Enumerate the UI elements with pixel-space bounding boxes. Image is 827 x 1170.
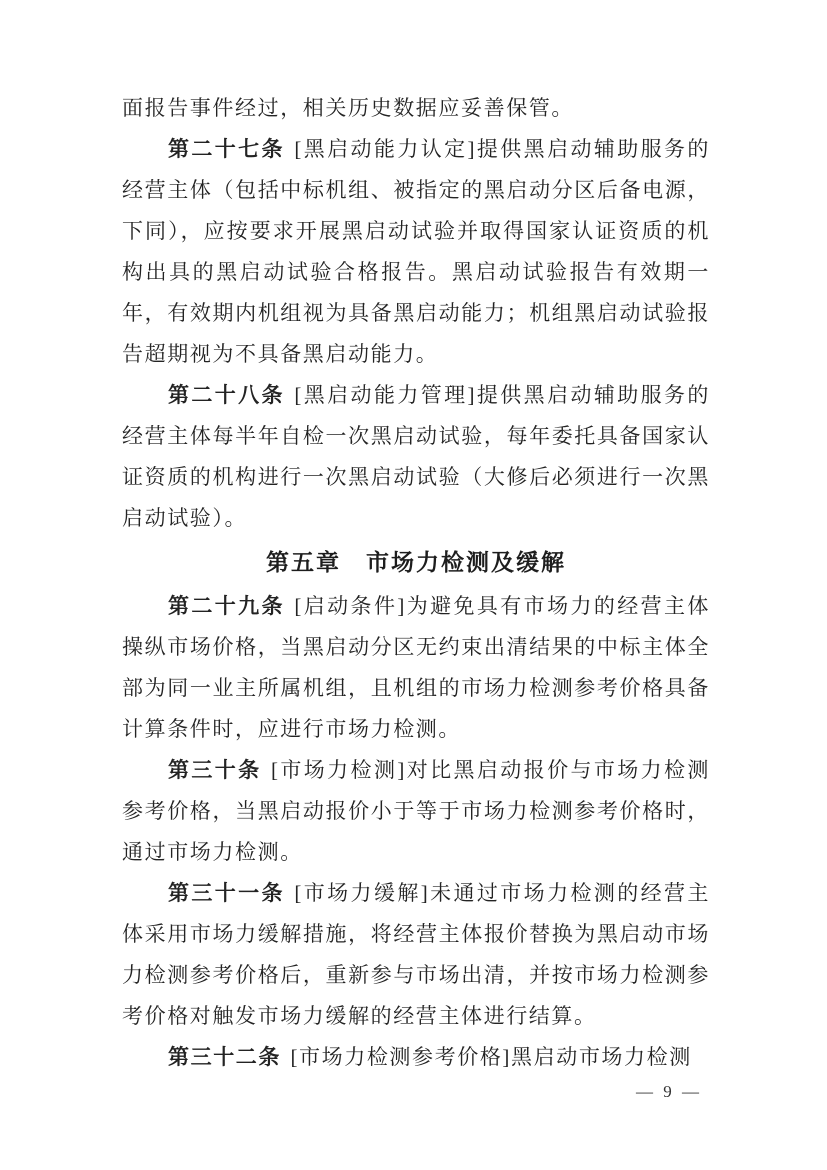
article-27-body: 提供黑启动辅助服务的经营主体（包括中标机组、被指定的黑启动分区后备电源，下同），…	[122, 137, 710, 366]
article-31-number: 第三十一条	[168, 881, 285, 905]
article-29-label: [启动条件]	[294, 594, 406, 618]
article-29-number: 第二十九条	[168, 594, 285, 618]
article-28: 第二十八条[黑启动能力管理]提供黑启动辅助服务的经营主体每半年自检一次黑启动试验…	[122, 375, 710, 539]
article-31-label: [市场力缓解]	[294, 881, 429, 905]
article-29: 第二十九条[启动条件]为避免具有市场力的经营主体操纵市场价格，当黑启动分区无约束…	[122, 586, 710, 750]
article-28-number: 第二十八条	[168, 383, 285, 407]
document-content: 面报告事件经过，相关历史数据应妥善保管。 第二十七条[黑启动能力认定]提供黑启动…	[122, 88, 710, 1078]
article-30-number: 第三十条	[168, 758, 262, 782]
article-27: 第二十七条[黑启动能力认定]提供黑启动辅助服务的经营主体（包括中标机组、被指定的…	[122, 129, 710, 375]
document-page: 面报告事件经过，相关历史数据应妥善保管。 第二十七条[黑启动能力认定]提供黑启动…	[0, 0, 827, 1170]
article-31: 第三十一条[市场力缓解]未通过市场力检测的经营主体采用市场力缓解措施，将经营主体…	[122, 873, 710, 1037]
article-30: 第三十条[市场力检测]对比黑启动报价与市场力检测参考价格，当黑启动报价小于等于市…	[122, 750, 710, 873]
chapter-heading: 第五章 市场力检测及缓解	[122, 543, 710, 584]
page-number: — 9 —	[636, 1082, 702, 1102]
article-27-number: 第二十七条	[168, 137, 285, 161]
continuation-paragraph: 面报告事件经过，相关历史数据应妥善保管。	[122, 88, 710, 129]
article-32-body: 黑启动市场力检测	[511, 1045, 692, 1069]
article-32-number: 第三十二条	[168, 1045, 281, 1069]
article-28-label: [黑启动能力管理]	[294, 383, 476, 407]
article-27-label: [黑启动能力认定]	[294, 137, 476, 161]
article-32: 第三十二条[市场力检测参考价格]黑启动市场力检测	[122, 1037, 710, 1078]
article-30-label: [市场力检测]	[271, 758, 406, 782]
article-32-label: [市场力检测参考价格]	[290, 1045, 511, 1069]
